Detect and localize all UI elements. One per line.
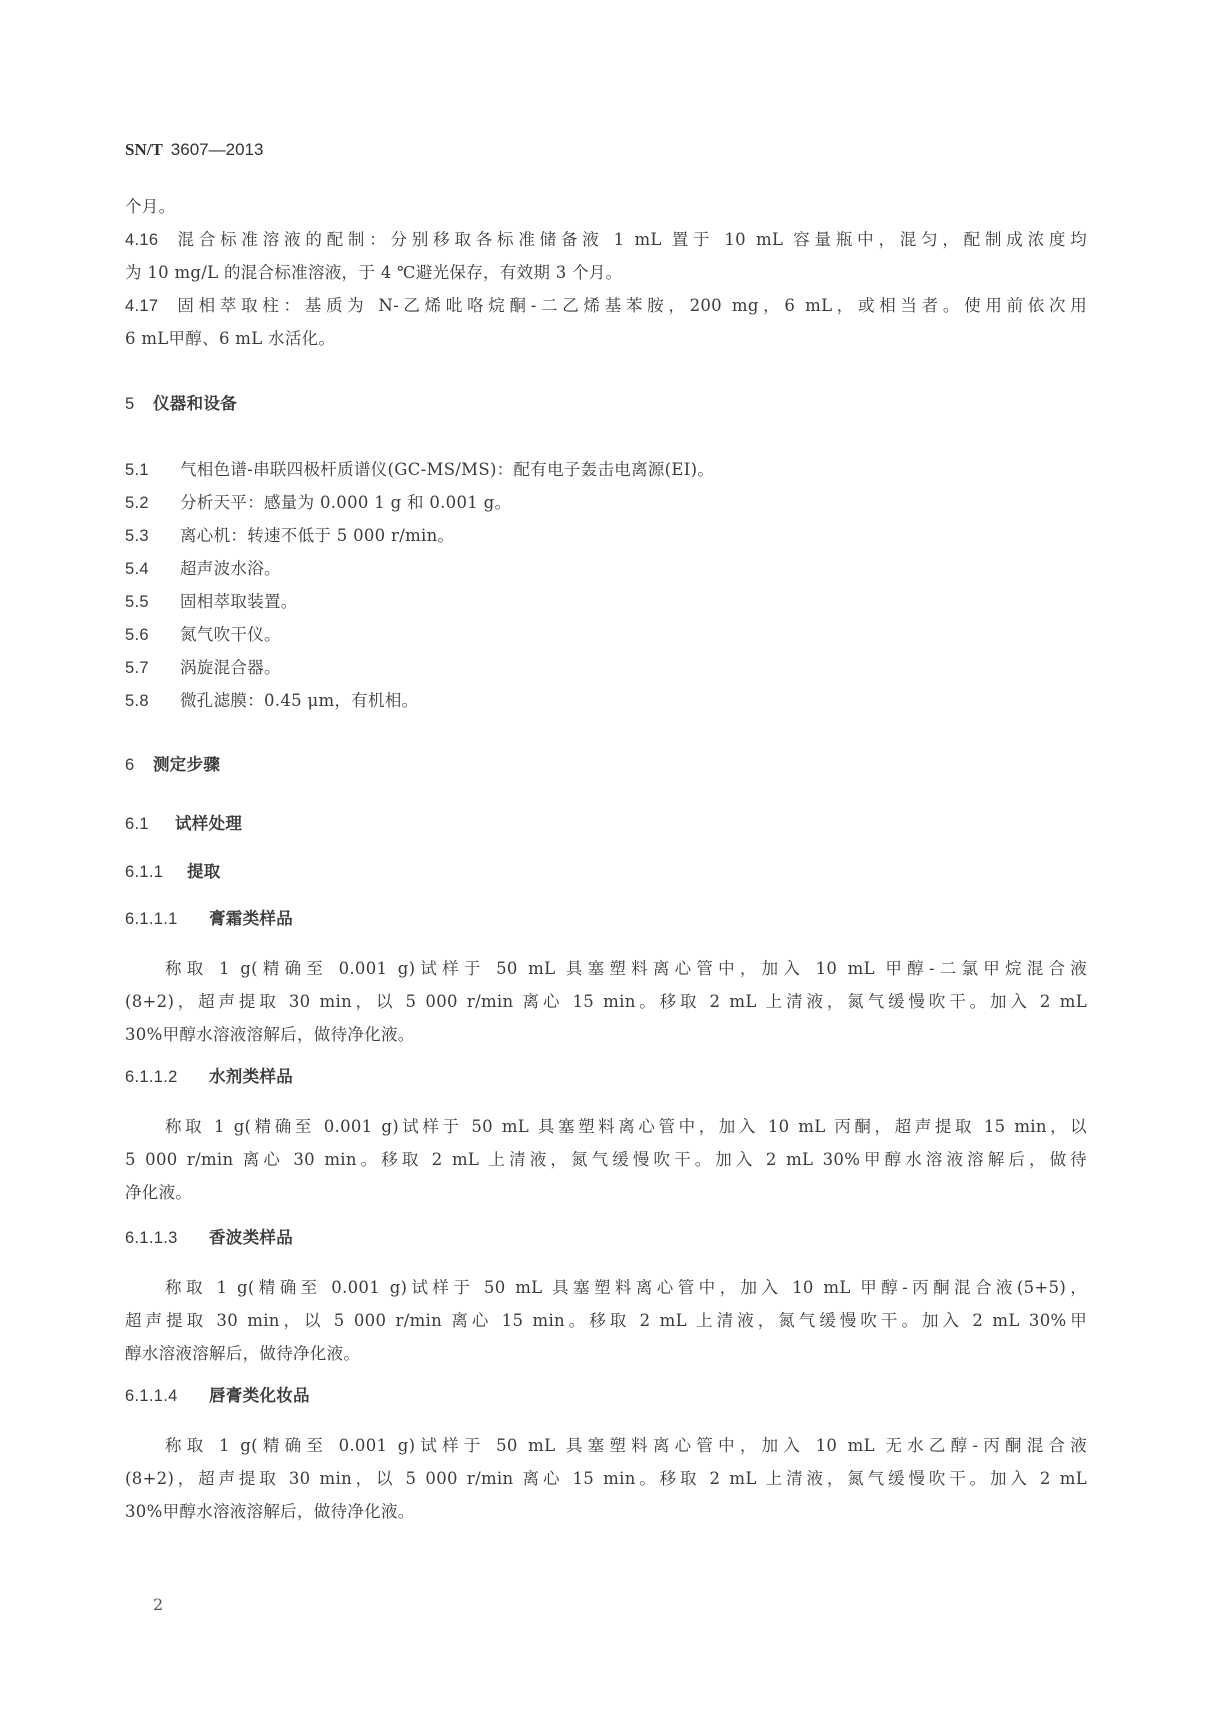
clause-4-16-line-2: 为 10 mg/L 的混合标准溶液，于 4 ℃避光保存，有效期 3 个月。 [125,262,623,284]
clause-4-17-line-1: 4.17固相萃取柱：基质为 N-乙烯吡咯烷酮-二乙烯基苯胺，200 mg，6 m… [125,295,1087,317]
item-5-5: 5.5固相萃取装置。 [125,591,298,613]
standard-prefix: SN/T [125,140,163,159]
section-6-1-heading: 6.1试样处理 [125,813,242,835]
page-number: 2 [153,1595,163,1614]
section-title: 仪器和设备 [153,394,237,413]
paragraph-line: 30%甲醇水溶液溶解后，做待净化液。 [125,1024,415,1046]
clause-text: 混合标准溶液的配制：分别移取各标准储备液 1 mL 置于 10 mL 容量瓶中，… [173,230,1087,249]
clause-text: 固相萃取柱：基质为 N-乙烯吡咯烷酮-二乙烯基苯胺，200 mg，6 mL，或相… [173,296,1087,315]
paragraph-line: 5 000 r/min 离心 30 min。移取 2 mL 上清液，氮气缓慢吹干… [125,1149,1087,1171]
clause-number: 4.17 [125,295,173,317]
section-6-1-1-1-heading: 6.1.1.1膏霜类样品 [125,908,293,930]
standard-code-header: SN/T3607—2013 [125,140,263,160]
section-6-1-1-2-heading: 6.1.1.2水剂类样品 [125,1066,293,1088]
document-page: SN/T3607—2013 个月。 4.16混合标准溶液的配制：分别移取各标准储… [0,0,1226,1731]
item-5-2: 5.2分析天平：感量为 0.000 1 g 和 0.001 g。 [125,492,511,514]
section-6-1-1-3-heading: 6.1.1.3香波类样品 [125,1227,293,1249]
standard-number: 3607—2013 [171,140,264,159]
item-5-1: 5.1气相色谱-串联四极杆质谱仪(GC-MS/MS)：配有电子轰击电离源(EI)… [125,459,714,481]
item-5-8: 5.8微孔滤膜：0.45 μm，有机相。 [125,690,418,712]
paragraph-line: 称取 1 g(精确至 0.001 g)试样于 50 mL 具塞塑料离心管中，加入… [125,1116,1087,1138]
section-5-heading: 5仪器和设备 [125,393,237,415]
section-6-1-1-heading: 6.1.1提取 [125,861,221,883]
paragraph-line: 称取 1 g(精确至 0.001 g)试样于 50 mL 具塞塑料离心管中，加入… [125,958,1087,980]
section-6-heading: 6测定步骤 [125,754,220,776]
paragraph-line: 醇水溶液溶解后，做待净化液。 [125,1343,360,1365]
item-5-7: 5.7涡旋混合器。 [125,657,281,679]
item-5-4: 5.4超声波水浴。 [125,558,281,580]
section-number: 6 [125,754,153,776]
clause-4-16-line-1: 4.16混合标准溶液的配制：分别移取各标准储备液 1 mL 置于 10 mL 容… [125,229,1087,251]
section-title: 测定步骤 [153,755,220,774]
continuation-text: 个月。 [125,196,175,218]
section-number: 5 [125,393,153,415]
clause-4-17-line-2: 6 mL甲醇、6 mL 水活化。 [125,328,335,350]
item-5-6: 5.6氮气吹干仪。 [125,624,281,646]
paragraph-line: 称取 1 g(精确至 0.001 g)试样于 50 mL 具塞塑料离心管中，加入… [125,1435,1087,1457]
paragraph-line: 净化液。 [125,1182,192,1204]
section-6-1-1-4-heading: 6.1.1.4唇膏类化妆品 [125,1385,310,1407]
paragraph-line: (8+2)，超声提取 30 min，以 5 000 r/min 离心 15 mi… [125,1468,1087,1490]
paragraph-line: 30%甲醇水溶液溶解后，做待净化液。 [125,1501,415,1523]
paragraph-line: (8+2)，超声提取 30 min，以 5 000 r/min 离心 15 mi… [125,991,1087,1013]
item-5-3: 5.3离心机：转速不低于 5 000 r/min。 [125,525,454,547]
clause-number: 4.16 [125,229,173,251]
paragraph-line: 称取 1 g(精确至 0.001 g)试样于 50 mL 具塞塑料离心管中，加入… [125,1277,1087,1299]
paragraph-line: 超声提取 30 min，以 5 000 r/min 离心 15 min。移取 2… [125,1310,1087,1332]
